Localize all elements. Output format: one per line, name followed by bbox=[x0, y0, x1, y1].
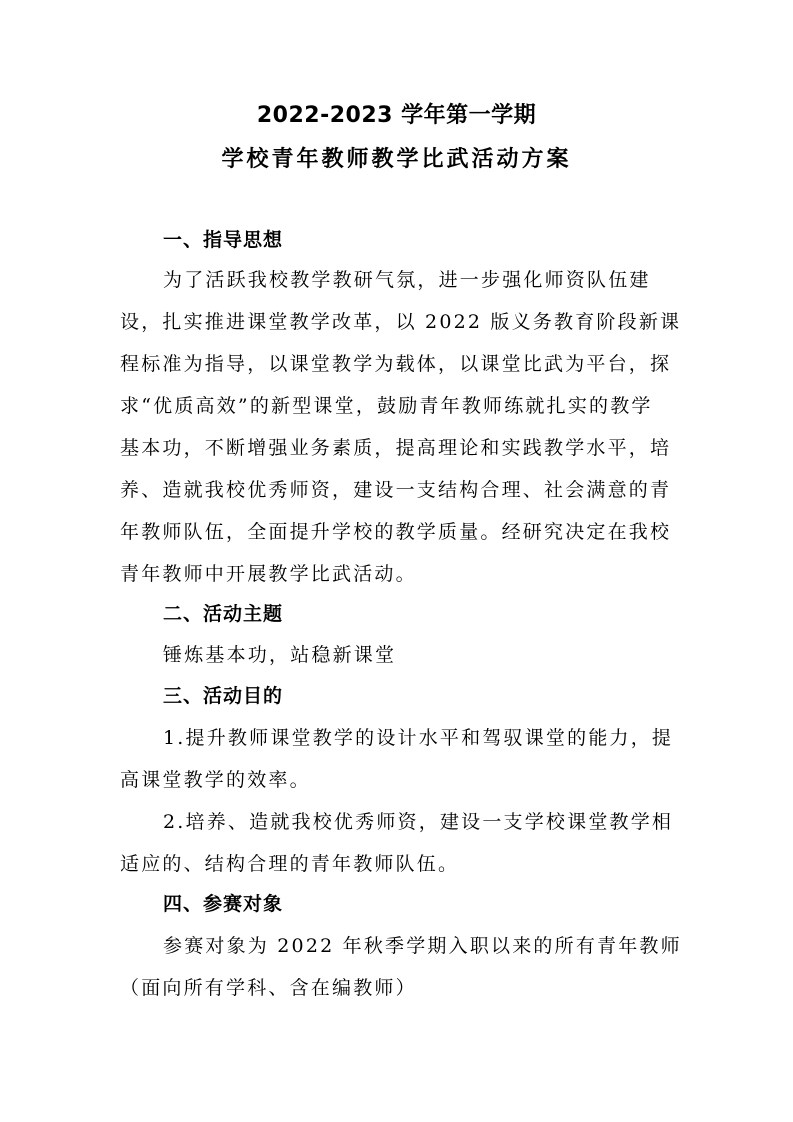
list-item-line: 高课堂教学的效率。 bbox=[120, 766, 680, 794]
paragraph-line: 求“优质高效”的新型课堂，鼓励青年教师练就扎实的教学 bbox=[120, 392, 680, 420]
list-item-line: 1.提升教师课堂教学的设计水平和驾驭课堂的能力，提 bbox=[163, 724, 723, 752]
paragraph-line: 程标准为指导，以课堂教学为载体，以课堂比武为平台，探 bbox=[120, 350, 680, 378]
paragraph-line: 参赛对象为 2022 年秋季学期入职以来的所有青年教师 bbox=[163, 932, 723, 960]
paragraph-line: 锤炼基本功，站稳新课堂 bbox=[163, 641, 723, 669]
document-title-semester: 2022-2023 学年第一学期 bbox=[0, 101, 793, 131]
section-heading-guiding-ideology: 一、指导思想 bbox=[163, 226, 723, 254]
section-heading-participants: 四、参赛对象 bbox=[163, 890, 723, 918]
paragraph-line: 青年教师中开展教学比武活动。 bbox=[120, 560, 680, 588]
section-heading-activity-theme: 二、活动主题 bbox=[163, 600, 723, 628]
paragraph-line: 养、造就我校优秀师资，建设一支结构合理、社会满意的青 bbox=[120, 476, 680, 504]
paragraph-line: 年教师队伍，全面提升学校的教学质量。经研究决定在我校 bbox=[120, 518, 680, 546]
list-item-line: 2.培养、造就我校优秀师资，建设一支学校课堂教学相 bbox=[163, 808, 723, 836]
paragraph-line: 为了活跃我校教学教研气氛，进一步强化师资队伍建 bbox=[163, 266, 723, 294]
paragraph-line: 设，扎实推进课堂教学改革，以 2022 版义务教育阶段新课 bbox=[120, 308, 680, 336]
document-title-main: 学校青年教师教学比武活动方案 bbox=[0, 145, 793, 175]
section-heading-activity-purpose: 三、活动目的 bbox=[163, 682, 723, 710]
document-page: 2022-2023 学年第一学期 学校青年教师教学比武活动方案 一、指导思想 为… bbox=[0, 0, 793, 1122]
paragraph-line: 基本功，不断增强业务素质，提高理论和实践教学水平，培 bbox=[120, 434, 680, 462]
list-item-line: 适应的、结构合理的青年教师队伍。 bbox=[120, 850, 680, 878]
paragraph-line: （面向所有学科、含在编教师） bbox=[120, 974, 680, 1002]
